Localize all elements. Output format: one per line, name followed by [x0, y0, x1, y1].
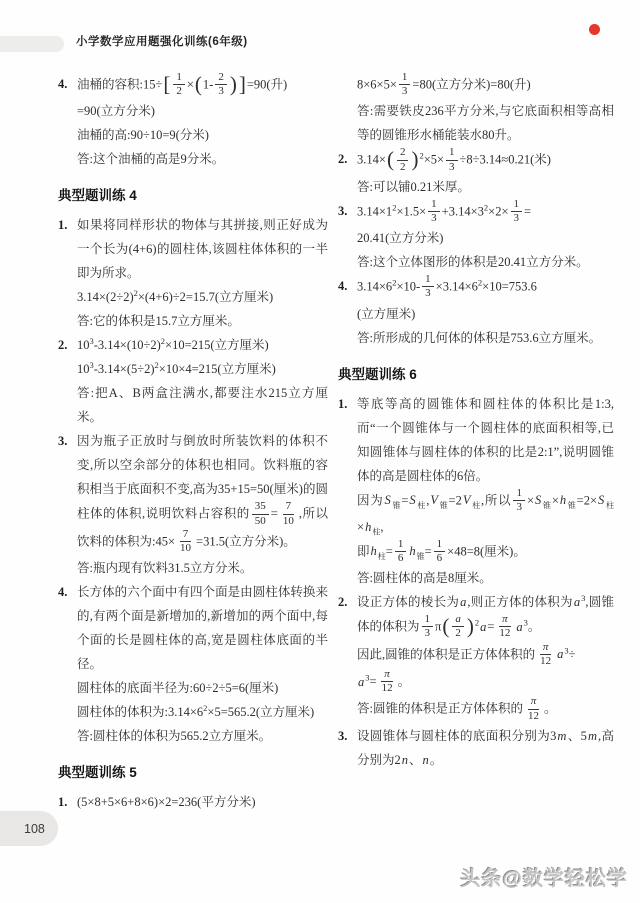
problem-item: 1.如果将同样形状的物体与其拼接,则正好成为一个长为(4+6)的圆柱体,该圆柱体… [58, 213, 328, 333]
fraction: 13 [511, 198, 523, 225]
fraction-denominator: 12 [537, 655, 554, 668]
subscript: 锥 [567, 501, 577, 510]
fraction-numerator: 2 [397, 146, 409, 160]
item-number: 3. [58, 429, 77, 453]
text-run: 长方体的六个面中有四个面是由圆柱体转换来的,有两个面是新增加的,新增加的两个面中… [77, 585, 328, 671]
text-run: × [187, 78, 194, 92]
text-run: 圆柱体的体积为:3.14×6 [77, 705, 203, 719]
text-line: (立方厘米) [357, 302, 614, 326]
math-variable: h [559, 493, 567, 507]
fraction-numerator: 1 [173, 71, 185, 85]
text-run: 3.14×1 [357, 204, 392, 218]
text-run: = [524, 204, 531, 218]
text-line: 等底等高的圆锥体和圆柱体的体积比是1:3,而“一个圆锥体与一个圆柱体的底面积相等… [357, 392, 614, 488]
bracket: [ [162, 72, 171, 96]
bracket: ( [194, 72, 203, 96]
text-run: 答:所形成的几何体的体积是753.6立方厘米。 [357, 331, 601, 345]
text-run: × [527, 493, 534, 507]
text-line: 答:可以铺0.21米厚。 [357, 175, 614, 199]
bracket: ) [466, 614, 475, 638]
text-line: a3=π12。 [357, 669, 614, 696]
problem-item: 4.长方体的六个面中有四个面是由圆柱体转换来的,有两个面是新增加的,新增加的两个… [58, 580, 328, 748]
subscript: 锥 [542, 501, 552, 510]
fraction-numerator: 1 [422, 273, 434, 287]
text-line: 3.14×62×10-13×3.14×62×10=753.6 [357, 274, 614, 301]
item-body: 3.14×12×1.5×13+3.14×32×2×13=20.41(立方分米)答… [357, 199, 614, 274]
text-run: 圆柱体的底面半径为:60÷2÷5=6(厘米) [77, 681, 278, 695]
subscript: 锥 [439, 501, 449, 510]
fraction-denominator: 12 [379, 682, 396, 695]
fraction-denominator: 3 [513, 501, 525, 514]
text-line: 设圆锥体与圆柱体的底面积分别为3m、5m,高分别为2n、n。 [357, 724, 614, 772]
item-number: 3. [338, 724, 357, 748]
item-body: 3.14×(22)2×5×13÷8÷3.14≈0.21(米)答:可以铺0.21米… [357, 147, 614, 198]
problem-item: 3.设圆锥体与圆柱体的底面积分别为3m、5m,高分别为2n、n。 [338, 724, 614, 772]
problem-item: 4.油桶的容积:15÷[12×(1-23)]=90(升)=90(立方分米)油桶的… [58, 72, 328, 171]
math-variable: a [515, 620, 523, 634]
fraction: 13 [399, 71, 411, 98]
item-body: 8×6×5×13=80(立方分米)=80(升)答:需要铁皮236平方分米,与它底… [357, 72, 614, 147]
fraction-denominator: 10 [280, 515, 297, 528]
text-line: 油桶的高:90÷10=9(分米) [77, 123, 328, 147]
workbook-page: 小学数学应用题强化训练(6年级) 4.油桶的容积:15÷[12×(1-23)]=… [0, 0, 640, 903]
text-run: 答:它的体积是15.7立方厘米。 [77, 314, 240, 328]
item-number: 1. [58, 213, 77, 237]
page-number-pill: 108 [0, 811, 58, 846]
bracket: ( [386, 147, 395, 171]
fraction-numerator: π [528, 695, 540, 709]
text-run: ÷ [569, 647, 576, 661]
text-run: =2 [449, 493, 462, 507]
text-run: ×2× [488, 204, 508, 218]
fraction: 16 [395, 538, 407, 565]
fraction-numerator: a [452, 613, 464, 627]
fraction-denominator: 50 [252, 515, 269, 528]
section-heading: 典型题训练 6 [338, 363, 614, 387]
column-right: 8×6×5×13=80(立方分米)=80(升)答:需要铁皮236平方分米,与它底… [338, 72, 614, 814]
text-run: 即 [357, 544, 370, 558]
text-line: 设正方体的棱长为a,则正方体的体积为a3,圆锥体的体积为13π(a2)2a=π1… [357, 590, 614, 641]
subscript: 柱 [471, 501, 481, 510]
text-line: 长方体的六个面中有四个面是由圆柱体转换来的,有两个面是新增加的,新增加的两个面中… [77, 580, 328, 676]
fraction-numerator: 1 [513, 487, 525, 501]
fraction-denominator: 10 [177, 542, 194, 555]
problem-item: 2.3.14×(22)2×5×13÷8÷3.14≈0.21(米)答:可以铺0.2… [338, 147, 614, 198]
text-run: 。 [430, 753, 443, 767]
fraction: 710 [280, 500, 297, 527]
text-run: 因此,圆锥的体积是正方体体积的 [357, 647, 535, 661]
fraction: 16 [434, 538, 446, 565]
fraction: 13 [422, 613, 434, 640]
text-run: 因为 [357, 493, 384, 507]
fraction-numerator: 1 [422, 613, 434, 627]
problem-item: 3.3.14×12×1.5×13+3.14×32×2×13=20.41(立方分米… [338, 199, 614, 274]
text-line: =90(立方分米) [77, 99, 328, 123]
fraction: 22 [397, 146, 409, 173]
fraction-denominator: 3 [422, 287, 434, 300]
text-line: 答:这个油桶的高是9分米。 [77, 147, 328, 171]
fraction: 13 [446, 146, 458, 173]
text-line: 3.14×(2÷2)2×(4+6)÷2=15.7(立方厘米) [77, 285, 328, 309]
text-line: 20.41(立方分米) [357, 226, 614, 250]
text-run: =90(升) [247, 78, 287, 92]
text-line: (5×8+5×6+8×6)×2=236(平方分米) [77, 790, 328, 814]
text-line: 答:它的体积是15.7立方厘米。 [77, 309, 328, 333]
item-number: 4. [58, 72, 77, 96]
subscript: 柱 [417, 501, 427, 510]
text-line: 圆柱体的底面半径为:60÷2÷5=6(厘米) [77, 676, 328, 700]
fraction-denominator: 3 [428, 212, 440, 225]
text-run: 答:圆柱体的体积为565.2立方厘米。 [77, 729, 271, 743]
subscript: 锥 [417, 552, 425, 561]
math-variable: h [370, 544, 378, 558]
bracket: ) [410, 147, 419, 171]
item-number: 3. [338, 199, 357, 223]
problem-item: 4.3.14×62×10-13×3.14×62×10=753.6(立方厘米)答:… [338, 274, 614, 349]
fraction-numerator: π [540, 641, 552, 655]
fraction: π12 [537, 641, 554, 668]
problem-item: 2.设正方体的棱长为a,则正方体的体积为a3,圆锥体的体积为13π(a2)2a=… [338, 590, 614, 724]
item-number: 1. [338, 392, 357, 416]
text-line: 如果将同样形状的物体与其拼接,则正好成为一个长为(4+6)的圆柱体,该圆柱体体积… [77, 213, 328, 285]
text-run: (立方厘米) [357, 307, 415, 321]
problem-item: 3.因为瓶子正放时与倒放时所装饮料的体积不变,所以空余部分的体积也相同。饮料瓶的… [58, 429, 328, 580]
fraction-numerator: 1 [395, 538, 407, 552]
text-run: 20.41(立方分米) [357, 231, 443, 245]
text-line: 103-3.14×(5÷2)2×10×4=215(立方厘米) [77, 357, 328, 381]
math-variable: V [429, 493, 439, 507]
text-run: 答:把A、B两盒注满水,都要注水215立方厘米。 [77, 386, 328, 424]
subscript: 锥 [392, 501, 402, 510]
item-body: 设圆锥体与圆柱体的底面积分别为3m、5m,高分别为2n、n。 [357, 724, 614, 772]
fraction: π12 [525, 695, 542, 722]
item-body: 设正方体的棱长为a,则正方体的体积为a3,圆锥体的体积为13π(a2)2a=π1… [357, 590, 614, 724]
math-variable: S [384, 493, 392, 507]
text-run: ×48=8(厘米)。 [447, 544, 526, 558]
page-title: 小学数学应用题强化训练(6年级) [76, 33, 248, 49]
problem-item: 1.等底等高的圆锥体和圆柱体的体积比是1:3,而“一个圆锥体与一个圆柱体的底面积… [338, 392, 614, 591]
column-left: 4.油桶的容积:15÷[12×(1-23)]=90(升)=90(立方分米)油桶的… [58, 72, 328, 814]
fraction-numerator: 1 [434, 538, 446, 552]
text-run: 等底等高的圆锥体和圆柱体的体积比是1:3,而“一个圆锥体与一个圆柱体的底面积相等… [357, 397, 614, 483]
text-run: × [357, 520, 364, 534]
text-run: 油桶的容积:15÷ [77, 78, 162, 92]
item-body: 等底等高的圆锥体和圆柱体的体积比是1:3,而“一个圆锥体与一个圆柱体的底面积相等… [357, 392, 614, 591]
page-number: 108 [24, 822, 45, 836]
text-run: = [386, 544, 393, 558]
text-run: 10 [77, 338, 90, 352]
text-run: ×1.5× [396, 204, 426, 218]
text-line: 答:所形成的几何体的体积是753.6立方厘米。 [357, 326, 614, 350]
math-variable: m [587, 729, 598, 743]
fraction-denominator: 6 [434, 552, 446, 565]
text-run: 。 [544, 702, 557, 716]
text-run: 、 [409, 753, 422, 767]
text-run: 设圆锥体与圆柱体的底面积分别为3 [357, 729, 556, 743]
text-run: ,则正方体的体积为 [467, 595, 572, 609]
math-variable: h [408, 544, 416, 558]
subscript: 柱 [605, 501, 614, 510]
text-run: -3.14×(10÷2) [94, 338, 161, 352]
item-body: (5×8+5×6+8×6)×2=236(平方分米) [77, 790, 328, 814]
fraction: π12 [379, 668, 396, 695]
text-run: 8×6×5× [357, 78, 397, 92]
text-run: -3.14×(5÷2) [94, 362, 155, 376]
subscript: 柱 [378, 552, 386, 561]
text-run: 答:这个立体图形的体积是20.41立方分米。 [357, 255, 589, 269]
text-run: 答:需要铁皮236平方分米,与它底面积相等高相等的圆锥形水桶能装水80升。 [357, 104, 614, 142]
text-run: 3.14× [357, 153, 386, 167]
item-number: 4. [338, 274, 357, 298]
text-run: = [271, 507, 278, 521]
fraction-denominator: 6 [395, 552, 407, 565]
problem-item: 8×6×5×13=80(立方分米)=80(升)答:需要铁皮236平方分米,与它底… [338, 72, 614, 147]
text-run: 。 [528, 620, 541, 634]
text-run: ×10- [396, 280, 420, 294]
fraction-denominator: 3 [511, 212, 523, 225]
text-run: 设正方体的棱长为 [357, 595, 459, 609]
text-run: 答:瓶内现有饮料31.5立方分米。 [77, 561, 252, 575]
math-variable: n [422, 753, 430, 767]
text-line: 答:把A、B两盒注满水,都要注水215立方厘米。 [77, 381, 328, 429]
text-line: 油桶的容积:15÷[12×(1-23)]=90(升) [77, 72, 328, 99]
text-run: 10 [77, 362, 90, 376]
text-run: = [425, 544, 432, 558]
bracket: ] [238, 72, 247, 96]
fraction-denominator: 12 [525, 710, 542, 723]
text-run: 3.14×(2÷2) [77, 290, 134, 304]
math-variable: n [401, 753, 409, 767]
fraction-denominator: 3 [422, 627, 434, 640]
section-heading: 典型题训练 4 [58, 184, 328, 208]
text-run: ÷8÷3.14≈0.21(米) [460, 153, 551, 167]
item-number: 4. [58, 580, 77, 604]
fraction-denominator: 3 [446, 161, 458, 174]
item-number: 2. [58, 333, 77, 357]
fraction: 12 [173, 71, 185, 98]
text-run: , [380, 520, 383, 534]
math-variable: a [573, 595, 581, 609]
text-run: +3.14×3 [442, 204, 484, 218]
text-run: =2× [577, 493, 597, 507]
fraction: a2 [452, 613, 464, 640]
problem-item: 1.(5×8+5×6+8×6)×2=236(平方分米) [58, 790, 328, 814]
text-run: 如果将同样形状的物体与其拼接,则正好成为一个长为(4+6)的圆柱体,该圆柱体体积… [77, 218, 328, 280]
item-body: 长方体的六个面中有四个面是由圆柱体转换来的,有两个面是新增加的,新增加的两个面中… [77, 580, 328, 748]
text-run: ×10=215(立方厘米) [165, 338, 269, 352]
fraction-numerator: 35 [252, 500, 269, 514]
item-body: 3.14×62×10-13×3.14×62×10=753.6(立方厘米)答:所形… [357, 274, 614, 349]
text-run: 答:圆柱体的高是8厘米。 [357, 571, 492, 585]
text-run: = [370, 675, 377, 689]
text-run: ,所以 [481, 493, 511, 507]
fraction-numerator: 7 [180, 528, 192, 542]
fraction: 3550 [252, 500, 269, 527]
text-line: 8×6×5×13=80(立方分米)=80(升) [357, 72, 614, 99]
item-number: 2. [338, 590, 357, 614]
text-line: 3.14×12×1.5×13+3.14×32×2×13= [357, 199, 614, 226]
fraction: 23 [215, 71, 227, 98]
text-run: 、5 [567, 729, 587, 743]
text-run: 答:圆锥的体积是正方体体积的 [357, 702, 523, 716]
text-line: 因为瓶子正放时与倒放时所装饮料的体积不变,所以空余部分的体积也相同。饮料瓶的容积… [77, 429, 328, 556]
text-run: 答:可以铺0.21米厚。 [357, 180, 470, 194]
text-run: ×5=565.2(立方厘米) [207, 705, 314, 719]
text-run: (5×8+5×6+8×6)×2=236(平方分米) [77, 795, 256, 809]
fraction-denominator: 12 [496, 627, 513, 640]
fraction-numerator: 2 [215, 71, 227, 85]
text-line: 即h柱=16h锥=16×48=8(厘米)。 [357, 539, 614, 566]
fraction-denominator: 3 [399, 85, 411, 98]
bracket: ) [229, 72, 238, 96]
fraction-denominator: 2 [173, 85, 185, 98]
fraction-denominator: 2 [397, 161, 409, 174]
page-content: 4.油桶的容积:15÷[12×(1-23)]=90(升)=90(立方分米)油桶的… [58, 72, 614, 814]
text-line: 答:圆柱体的高是8厘米。 [357, 566, 614, 590]
item-number: 1. [58, 790, 77, 814]
fraction-numerator: 7 [283, 500, 295, 514]
fraction-numerator: π [499, 613, 511, 627]
text-run: 油桶的高:90÷10=9(分米) [77, 128, 209, 142]
math-variable: S [408, 493, 416, 507]
text-run: =90(立方分米) [77, 104, 155, 118]
fraction: 13 [428, 198, 440, 225]
text-run: =80(立方分米)=80(升) [412, 78, 530, 92]
text-line: 圆柱体的体积为:3.14×62×5=565.2(立方厘米) [77, 700, 328, 724]
record-dot-icon [589, 24, 600, 35]
text-line: 答:瓶内现有饮料31.5立方分米。 [77, 556, 328, 580]
fraction: 13 [422, 273, 434, 300]
fraction: 710 [177, 528, 194, 555]
item-body: 如果将同样形状的物体与其拼接,则正好成为一个长为(4+6)的圆柱体,该圆柱体体积… [77, 213, 328, 333]
fraction-numerator: π [381, 668, 393, 682]
math-variable: a [357, 675, 365, 689]
text-line: 答:需要铁皮236平方分米,与它底面积相等高相等的圆锥形水桶能装水80升。 [357, 99, 614, 147]
item-body: 103-3.14×(10÷2)2×10=215(立方厘米)103-3.14×(5… [77, 333, 328, 429]
text-run: ×10=753.6 [482, 280, 537, 294]
bracket: ( [441, 614, 450, 638]
text-line: 3.14×(22)2×5×13÷8÷3.14≈0.21(米) [357, 147, 614, 174]
item-body: 油桶的容积:15÷[12×(1-23)]=90(升)=90(立方分米)油桶的高:… [77, 72, 328, 171]
fraction-numerator: 1 [511, 198, 523, 212]
fraction-numerator: 1 [399, 71, 411, 85]
math-variable: m [556, 729, 567, 743]
text-line: 因此,圆锥的体积是正方体体积的π12a3÷ [357, 642, 614, 669]
fraction-numerator: 1 [446, 146, 458, 160]
text-run: =31.5(立方分米)。 [196, 534, 296, 548]
text-run: × [552, 493, 559, 507]
fraction-numerator: 1 [428, 198, 440, 212]
item-number: 2. [338, 147, 357, 171]
text-run: 答:这个油桶的高是9分米。 [77, 152, 224, 166]
text-run: ×(4+6)÷2=15.7(立方厘米) [138, 290, 273, 304]
text-line: 答:圆柱体的体积为565.2立方厘米。 [77, 724, 328, 748]
text-line: 103-3.14×(10÷2)2×10=215(立方厘米) [77, 333, 328, 357]
header-edge-pill [0, 36, 64, 52]
section-heading: 典型题训练 5 [58, 761, 328, 785]
text-run: ×3.14×6 [436, 280, 478, 294]
item-body: 因为瓶子正放时与倒放时所装饮料的体积不变,所以空余部分的体积也相同。饮料瓶的容积… [77, 429, 328, 580]
text-line: 因为S锥=S柱,V锥=2V柱,所以13×S锥×h锥=2×S柱×h柱, [357, 488, 614, 539]
text-run: ×10×4=215(立方厘米) [159, 362, 276, 376]
text-run: 。 [398, 675, 411, 689]
fraction-denominator: 3 [215, 85, 227, 98]
text-run: 1- [203, 78, 213, 92]
fraction: 13 [513, 487, 525, 514]
fraction-denominator: 2 [452, 627, 464, 640]
text-run: = [487, 620, 494, 634]
text-line: 答:圆锥的体积是正方体体积的π12。 [357, 696, 614, 723]
text-line: 答:这个立体图形的体积是20.41立方分米。 [357, 250, 614, 274]
problem-item: 2.103-3.14×(10÷2)2×10=215(立方厘米)103-3.14×… [58, 333, 328, 429]
text-run: ×5× [424, 153, 444, 167]
text-run: 3.14×6 [357, 280, 392, 294]
watermark: 头条@数学轻松学 [460, 862, 628, 891]
fraction: π12 [496, 613, 513, 640]
